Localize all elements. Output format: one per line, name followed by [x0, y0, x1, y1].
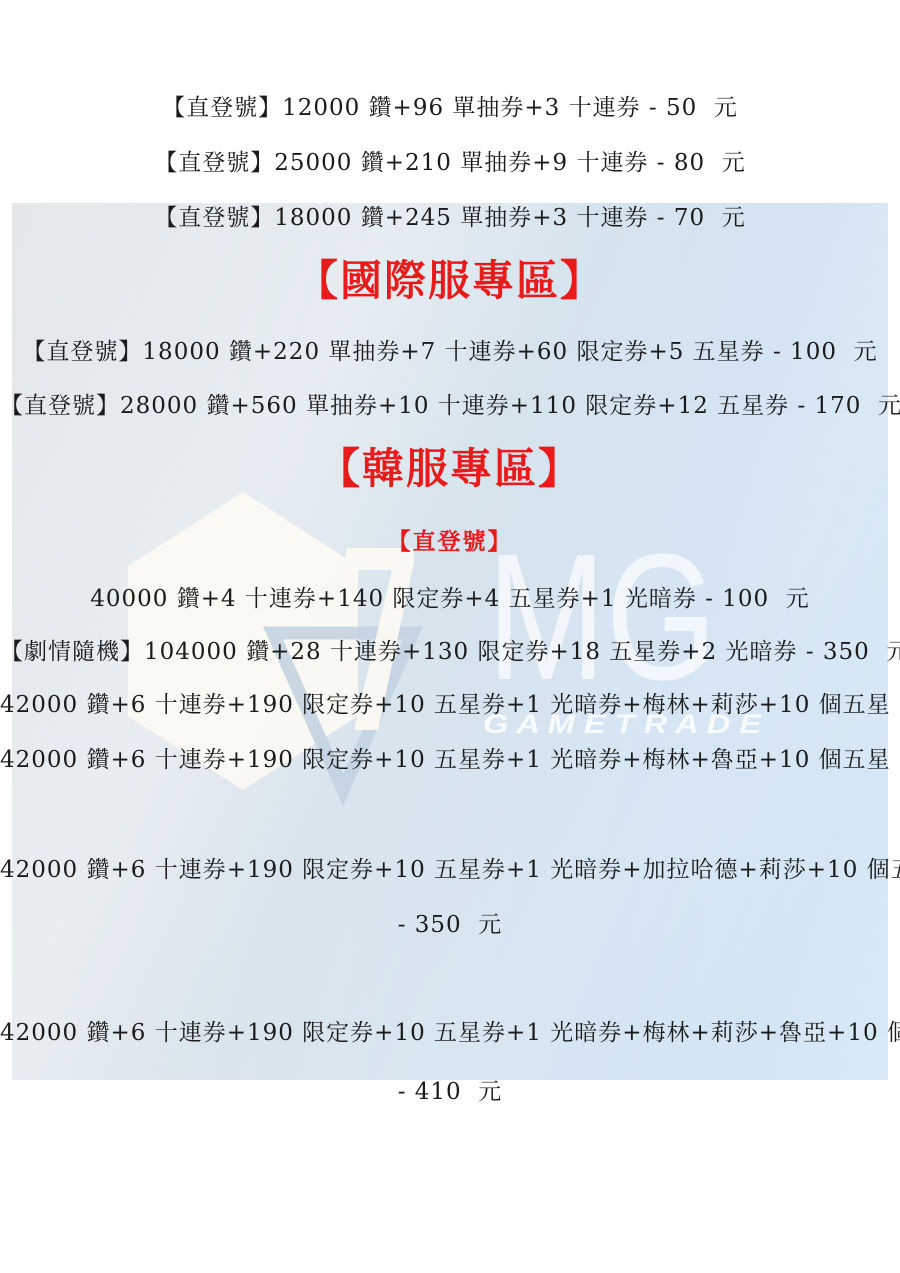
price-line: 42000 鑽+6 十連券+190 限定券+10 五星券+1 光暗券+梅林+莉莎…	[0, 692, 900, 720]
price-line: 【直登號】25000 鑽+210 單抽券+9 十連券 - 80 元	[0, 150, 900, 178]
subheading-direct-login: 【直登號】	[0, 529, 900, 554]
price-line: 【直登號】18000 鑽+220 單抽券+7 十連券+60 限定券+5 五星券 …	[0, 339, 900, 367]
section-heading-korea: 【韓服專區】	[0, 446, 900, 492]
section-heading-international: 【國際服專區】	[0, 258, 900, 304]
price-line: 40000 鑽+4 十連券+140 限定券+4 五星券+1 光暗券 - 100 …	[0, 586, 900, 614]
price-line: 【直登號】28000 鑽+560 單抽券+10 十連券+110 限定券+12 五…	[0, 393, 900, 421]
price-line: 【劇情隨機】104000 鑽+28 十連券+130 限定券+18 五星券+2 光…	[0, 639, 900, 667]
price-line-continuation: - 410 元	[0, 1079, 900, 1107]
price-line: 42000 鑽+6 十連券+190 限定券+10 五星券+1 光暗券+梅林+魯亞…	[0, 747, 900, 775]
price-list-page: MG G A M E T R A D E 【直登號】12000 鑽+96 單抽券…	[0, 0, 900, 1273]
price-line: 42000 鑽+6 十連券+190 限定券+10 五星券+1 光暗券+梅林+莉莎…	[0, 1020, 900, 1048]
price-line: 【直登號】12000 鑽+96 單抽券+3 十連券 - 50 元	[0, 95, 900, 123]
price-line: 【直登號】18000 鑽+245 單抽券+3 十連券 - 70 元	[0, 205, 900, 233]
price-line: 42000 鑽+6 十連券+190 限定券+10 五星券+1 光暗券+加拉哈德+…	[0, 857, 900, 885]
price-line-continuation: - 350 元	[0, 912, 900, 940]
